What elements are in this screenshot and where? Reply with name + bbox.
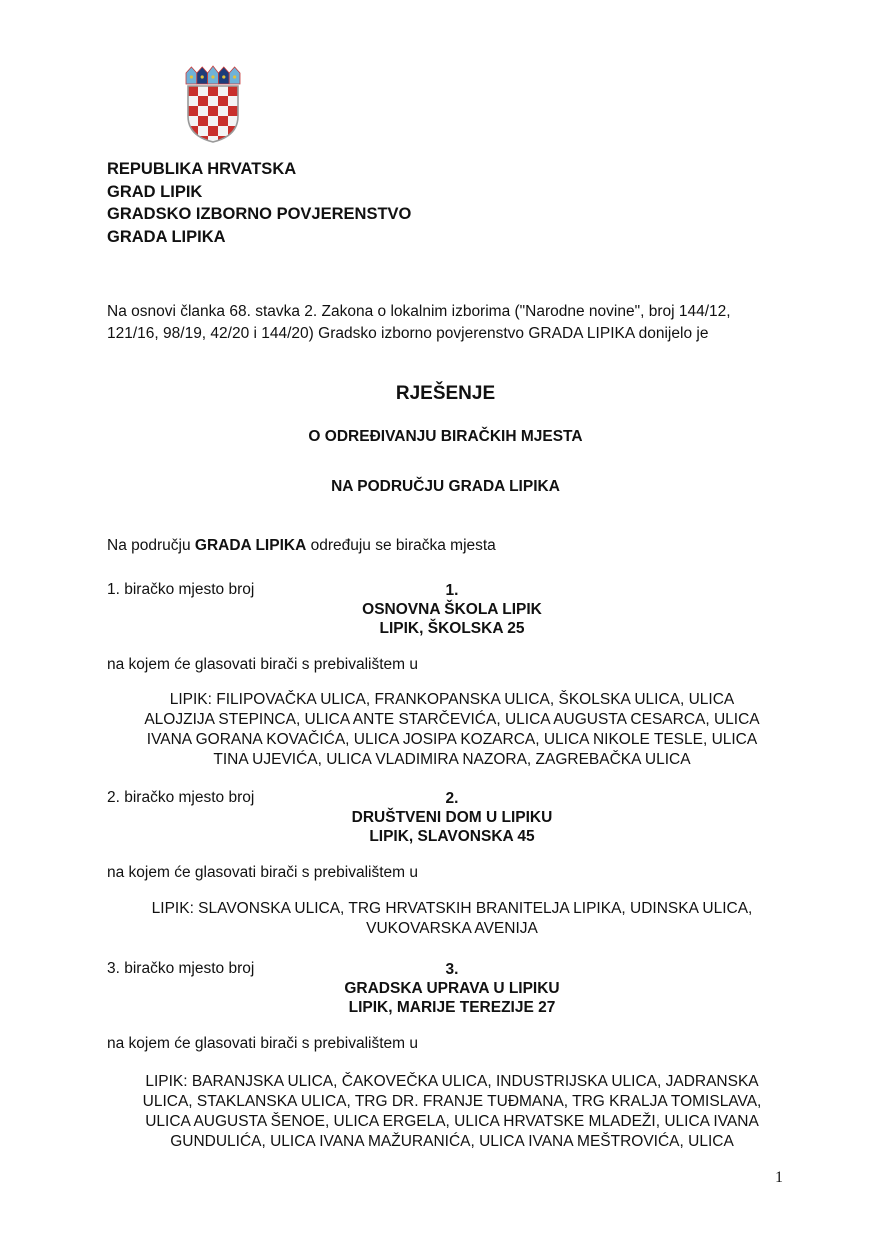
- lead-bold-city: GRADA LIPIKA: [195, 537, 306, 554]
- streets-line: VUKOVARSKA AVENIJA: [107, 919, 797, 939]
- streets-line: LIPIK: BARANJSKA ULICA, ČAKOVEČKA ULICA,…: [107, 1072, 797, 1092]
- streets-line: ULICA, STAKLANSKA ULICA, TRG DR. FRANJE …: [107, 1092, 797, 1112]
- header-line: GRAD LIPIK: [107, 181, 411, 204]
- document-subtitle: O ODREĐIVANJU BIRAČKIH MJESTA: [0, 428, 891, 446]
- station-name: OSNOVNA ŠKOLA LIPIK: [107, 600, 797, 619]
- station-name: GRADSKA UPRAVA U LIPIKU: [107, 979, 797, 998]
- station-voters-text: na kojem će glasovati birači s prebivali…: [107, 656, 418, 674]
- station-address: LIPIK, MARIJE TEREZIJE 27: [107, 998, 797, 1017]
- lead-sentence: Na području GRADA LIPIKA određuju se bir…: [107, 537, 496, 555]
- station-heading: 2. DRUŠTVENI DOM U LIPIKU LIPIK, SLAVONS…: [107, 789, 797, 846]
- station-streets: LIPIK: SLAVONSKA ULICA, TRG HRVATSKIH BR…: [107, 899, 797, 939]
- station-voters-text: na kojem će glasovati birači s prebivali…: [107, 864, 418, 882]
- page-number: 1: [775, 1169, 783, 1187]
- station-heading: 1. OSNOVNA ŠKOLA LIPIK LIPIK, ŠKOLSKA 25: [107, 581, 797, 638]
- station-address: LIPIK, SLAVONSKA 45: [107, 827, 797, 846]
- legal-basis-paragraph: Na osnovi članka 68. stavka 2. Zakona o …: [107, 301, 807, 345]
- intro-line: 121/16, 98/19, 42/20 i 144/20) Gradsko i…: [107, 323, 807, 345]
- station-heading: 3. GRADSKA UPRAVA U LIPIKU LIPIK, MARIJE…: [107, 960, 797, 1017]
- croatian-coat-of-arms-icon: [182, 64, 244, 144]
- header-line: GRADSKO IZBORNO POVJERENSTVO: [107, 203, 411, 226]
- document-subtitle-area: NA PODRUČJU GRADA LIPIKA: [0, 478, 891, 496]
- document-title: RJEŠENJE: [0, 383, 891, 405]
- station-address: LIPIK, ŠKOLSKA 25: [107, 619, 797, 638]
- lead-prefix: Na području: [107, 537, 195, 554]
- streets-line: ALOJZIJA STEPINCA, ULICA ANTE STARČEVIĆA…: [107, 710, 797, 730]
- station-number: 3.: [107, 960, 797, 979]
- streets-line: TINA UJEVIĆA, ULICA VLADIMIRA NAZORA, ZA…: [107, 750, 797, 770]
- station-name: DRUŠTVENI DOM U LIPIKU: [107, 808, 797, 827]
- streets-line: IVANA GORANA KOVAČIĆA, ULICA JOSIPA KOZA…: [107, 730, 797, 750]
- header-line: GRADA LIPIKA: [107, 226, 411, 249]
- issuer-header: REPUBLIKA HRVATSKA GRAD LIPIK GRADSKO IZ…: [107, 158, 411, 248]
- streets-line: GUNDULIĆA, ULICA IVANA MAŽURANIĆA, ULICA…: [107, 1132, 797, 1152]
- station-streets: LIPIK: BARANJSKA ULICA, ČAKOVEČKA ULICA,…: [107, 1072, 797, 1152]
- streets-line: LIPIK: FILIPOVAČKA ULICA, FRANKOPANSKA U…: [107, 690, 797, 710]
- station-number: 2.: [107, 789, 797, 808]
- station-voters-text: na kojem će glasovati birači s prebivali…: [107, 1035, 418, 1053]
- lead-suffix: određuju se biračka mjesta: [306, 537, 496, 554]
- header-line: REPUBLIKA HRVATSKA: [107, 158, 411, 181]
- station-streets: LIPIK: FILIPOVAČKA ULICA, FRANKOPANSKA U…: [107, 690, 797, 770]
- document-page: REPUBLIKA HRVATSKA GRAD LIPIK GRADSKO IZ…: [0, 0, 891, 1260]
- streets-line: LIPIK: SLAVONSKA ULICA, TRG HRVATSKIH BR…: [107, 899, 797, 919]
- station-number: 1.: [107, 581, 797, 600]
- intro-line: Na osnovi članka 68. stavka 2. Zakona o …: [107, 301, 807, 323]
- streets-line: ULICA AUGUSTA ŠENOE, ULICA ERGELA, ULICA…: [107, 1112, 797, 1132]
